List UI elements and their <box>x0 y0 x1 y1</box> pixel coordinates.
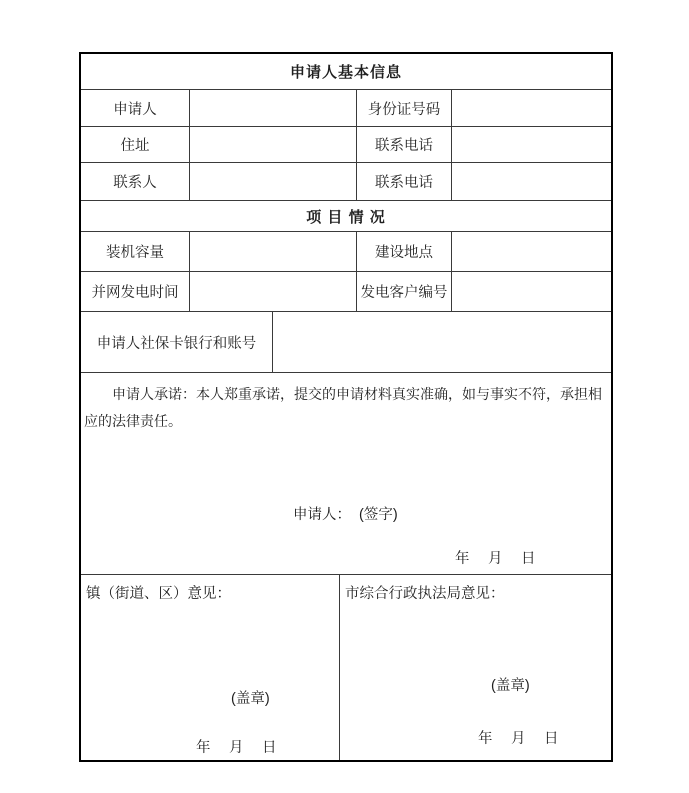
city-opinion-cell: 市综合行政执法局意见： (盖章) 年 月 日 <box>340 575 611 760</box>
opinions-row: 镇（街道、区）意见： (盖章) 年 月 日 市综合行政执法局意见： (盖章) 年… <box>81 575 611 760</box>
project-header-row: 项 目 情 况 <box>81 201 611 232</box>
project-section-title: 项 目 情 况 <box>81 201 611 232</box>
commitment-text: 申请人承诺：本人郑重承诺，提交的申请材料真实准确，如与事实不符，承担相应的法律责… <box>81 373 611 435</box>
city-date-line: 年 月 日 <box>478 727 559 748</box>
grid-time-value-cell[interactable] <box>190 272 357 312</box>
form-document-page: 申请人基本信息 申请人 身份证号码 住址 联系电话 联系人 联系电话 项 目 情… <box>0 0 689 793</box>
customer-number-value-cell[interactable] <box>452 272 611 312</box>
commitment-cell: 申请人承诺：本人郑重承诺，提交的申请材料真实准确，如与事实不符，承担相应的法律责… <box>81 373 611 575</box>
basic-info-section-title: 申请人基本信息 <box>81 54 611 90</box>
capacity-value-cell[interactable] <box>190 232 357 272</box>
basic-info-header-row: 申请人基本信息 <box>81 54 611 90</box>
id-number-label-cell: 身份证号码 <box>357 90 452 127</box>
form-row-grid-time: 并网发电时间 发电客户编号 <box>81 272 611 312</box>
contact-person-label-cell: 联系人 <box>81 163 190 201</box>
form-row-contact-person: 联系人 联系电话 <box>81 163 611 201</box>
site-label-cell: 建设地点 <box>357 232 452 272</box>
address-value-cell[interactable] <box>190 127 357 163</box>
grid-time-label-cell: 并网发电时间 <box>81 272 190 312</box>
contact-person-value-cell[interactable] <box>190 163 357 201</box>
applicant-signature-line: 申请人： (签字) <box>293 503 398 524</box>
application-form-table: 申请人基本信息 申请人 身份证号码 住址 联系电话 联系人 联系电话 项 目 情… <box>79 52 613 762</box>
form-row-capacity: 装机容量 建设地点 <box>81 232 611 272</box>
applicant-label-cell: 申请人 <box>81 90 190 127</box>
site-value-cell[interactable] <box>452 232 611 272</box>
town-opinion-cell: 镇（街道、区）意见： (盖章) 年 月 日 <box>81 575 340 760</box>
form-row-applicant: 申请人 身份证号码 <box>81 90 611 127</box>
capacity-label-cell: 装机容量 <box>81 232 190 272</box>
bank-account-value-cell[interactable] <box>273 312 611 373</box>
form-row-address: 住址 联系电话 <box>81 127 611 163</box>
town-opinion-title: 镇（街道、区）意见： <box>86 582 231 603</box>
phone-value-cell[interactable] <box>452 127 611 163</box>
town-stamp-hint: (盖章) <box>231 687 270 708</box>
customer-number-label-cell: 发电客户编号 <box>357 272 452 312</box>
contact-phone-value-cell[interactable] <box>452 163 611 201</box>
commitment-date-line: 年 月 日 <box>455 547 536 568</box>
city-stamp-hint: (盖章) <box>491 674 530 695</box>
bank-account-label-cell: 申请人社保卡银行和账号 <box>81 312 273 373</box>
city-opinion-title: 市综合行政执法局意见： <box>345 582 505 603</box>
town-date-line: 年 月 日 <box>196 736 277 757</box>
bank-account-row: 申请人社保卡银行和账号 <box>81 312 611 373</box>
commitment-row: 申请人承诺：本人郑重承诺，提交的申请材料真实准确，如与事实不符，承担相应的法律责… <box>81 373 611 575</box>
contact-phone-label-cell: 联系电话 <box>357 163 452 201</box>
phone-label-cell: 联系电话 <box>357 127 452 163</box>
applicant-value-cell[interactable] <box>190 90 357 127</box>
address-label-cell: 住址 <box>81 127 190 163</box>
id-number-value-cell[interactable] <box>452 90 611 127</box>
